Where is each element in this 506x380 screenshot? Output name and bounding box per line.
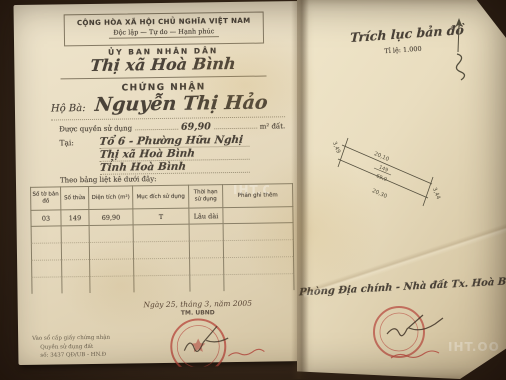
signature-scribble bbox=[184, 326, 228, 352]
dotted-leader bbox=[214, 121, 257, 130]
usage-label: Được quyền sử dụng bbox=[59, 124, 132, 133]
edge-left-length: 3,49 bbox=[331, 141, 341, 155]
page-fold-shadow bbox=[291, 0, 309, 379]
edge-right-length: 3,44 bbox=[431, 187, 441, 201]
right-official-stamp bbox=[357, 300, 477, 370]
usage-line: Được quyền sử dụng 69,90 m² đất. bbox=[59, 120, 285, 134]
north-arrow-icon bbox=[443, 16, 473, 82]
parcel-number: 149 bbox=[378, 164, 389, 173]
address-line-2: Thị xã Hoà Bình bbox=[99, 148, 195, 161]
document-photo: CỘNG HÒA XÃ HỘI CHỦ NGHĨA VIỆT NAM Độc l… bbox=[0, 0, 506, 380]
at-label: Tại: bbox=[59, 138, 74, 147]
parcel-sketch: 20,10 149 69,9 20,30 3,49 3,44 bbox=[317, 106, 467, 218]
signer-name-handwriting bbox=[228, 349, 264, 356]
holder-name: Nguyễn Thị Hảo bbox=[94, 91, 269, 115]
signature-scribble bbox=[387, 315, 443, 336]
address-line-3: Tỉnh Hoà Bình bbox=[99, 161, 186, 174]
left-official-stamp bbox=[156, 310, 267, 368]
area-unit: m² đất. bbox=[260, 122, 286, 130]
col-map-sheet: Số tờ bản đồ bbox=[31, 187, 61, 210]
map-extract-right-page: Trích lục bản đồ Tỉ lệ: 1.000 20,10 149 … bbox=[297, 0, 506, 379]
col-notes: Phần ghi thêm bbox=[223, 184, 293, 208]
national-header-box: CỘNG HÒA XÃ HỘI CHỦ NGHĨA VIỆT NAM Độc l… bbox=[64, 12, 264, 47]
address-line-1: Tổ 6 - Phường Hữu Nghị bbox=[99, 134, 244, 148]
area-value: 69,90 bbox=[181, 121, 211, 132]
table-row-empty bbox=[32, 274, 294, 294]
edge-bottom-length: 20,30 bbox=[371, 188, 388, 200]
issuer-place: Thị xã Hoà Bình bbox=[64, 54, 262, 76]
land-office-line: Phòng Địa chính - Nhà đất Tx. Hoà Bình bbox=[299, 277, 504, 299]
col-purpose: Mục đích sử dụng bbox=[133, 185, 189, 209]
address-block: Tại: Tổ 6 - Phường Hữu Nghị Thị xã Hoà B… bbox=[59, 133, 290, 175]
holder-label: Hộ Bà: bbox=[51, 103, 86, 114]
col-parcel-no: Số thửa bbox=[61, 187, 89, 210]
divider bbox=[61, 76, 267, 80]
dotted-leader bbox=[135, 122, 178, 131]
col-duration: Thời hạn sử dụng bbox=[189, 185, 223, 208]
registration-note: Vào sổ cấp giấy chứng nhận Quyền sử dụng… bbox=[32, 334, 110, 361]
table-intro: Theo bảng liệt kê dưới đây: bbox=[60, 175, 157, 184]
certificate-left-page: CỘNG HÒA XÃ HỘI CHỦ NGHĨA VIỆT NAM Độc l… bbox=[14, 1, 309, 365]
country-name: CỘNG HÒA XÃ HỘI CHỦ NGHĨA VIỆT NAM bbox=[65, 17, 263, 28]
land-parcel-table: Số tờ bản đồ Số thửa Diện tích (m²) Mục … bbox=[30, 183, 294, 294]
holder-line: Hộ Bà: Nguyễn Thị Hảo bbox=[51, 91, 291, 116]
national-motto: Độc lập — Tự do — Hạnh phúc bbox=[65, 27, 263, 38]
parcel-area: 69,9 bbox=[375, 173, 388, 183]
edge-top-length: 20,10 bbox=[373, 151, 390, 163]
col-area: Diện tích (m²) bbox=[89, 186, 133, 210]
